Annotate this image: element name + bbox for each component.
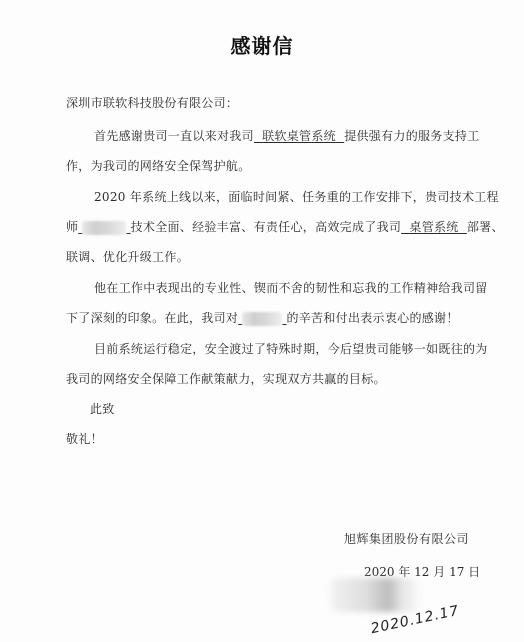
text: 提供强有力的服务支持工 bbox=[344, 129, 479, 143]
paragraph-1-line-1: 首先感谢贵司一直以来对我司 联软桌管系统 提供强有力的服务支持工 bbox=[94, 129, 480, 143]
paragraph-4-line-1: 目前系统运行稳定，安全渡过了特殊时期，今后望贵司能够一如既往的为 bbox=[94, 342, 488, 356]
paragraph-2-line-1: 2020 年系统上线以来，面临时间紧、任务重的工作安排下，贵司技术工程 bbox=[94, 190, 499, 204]
closing-2: 敬礼！ bbox=[66, 432, 103, 446]
text: 的辛苦和付出表示衷心的感谢！ bbox=[286, 311, 458, 325]
paragraph-2-line-2: 师 技术全面、经验丰富、有责任心，高效完成了我司 桌管系统 部署、 bbox=[66, 220, 504, 235]
paragraph-3-line-2: 下了深刻的印象。在此，我司对 的辛苦和付出表示衷心的感谢！ bbox=[66, 311, 459, 326]
letter-title: 感谢信 bbox=[0, 30, 524, 59]
redacted-name bbox=[78, 220, 130, 234]
product-name-underlined: 联软桌管系统 bbox=[254, 129, 344, 143]
signature-company: 旭辉集团股份有限公司 bbox=[344, 530, 469, 547]
text: 部署、 bbox=[467, 220, 504, 234]
paragraph-2-line-3: 联调、优化升级工作。 bbox=[66, 250, 189, 264]
redacted-name bbox=[238, 311, 286, 325]
letter-page: 感谢信 深圳市联软科技股份有限公司： 首先感谢贵司一直以来对我司 联软桌管系统 … bbox=[0, 0, 524, 642]
redacted-signature bbox=[330, 578, 420, 612]
closing-1: 此致 bbox=[90, 402, 115, 416]
text: 下了深刻的印象。在此，我司对 bbox=[66, 311, 238, 325]
text: 师 bbox=[66, 220, 78, 234]
text: 技术全面、经验丰富、有责任心，高效完成了我司 bbox=[131, 220, 402, 234]
paragraph-1-line-2: 作，为我司的网络安全保驾护航。 bbox=[66, 159, 251, 173]
paragraph-3-line-1: 他在工作中表现出的专业性、锲而不舍的韧性和忘我的工作精神给我司留 bbox=[94, 281, 488, 295]
salutation: 深圳市联软科技股份有限公司： bbox=[66, 96, 238, 110]
text: 首先感谢贵司一直以来对我司 bbox=[94, 129, 254, 143]
product-name-underlined: 桌管系统 bbox=[401, 220, 467, 234]
paragraph-4-line-2: 我司的网络安全保障工作献策献力，实现双方共赢的目标。 bbox=[66, 372, 386, 386]
